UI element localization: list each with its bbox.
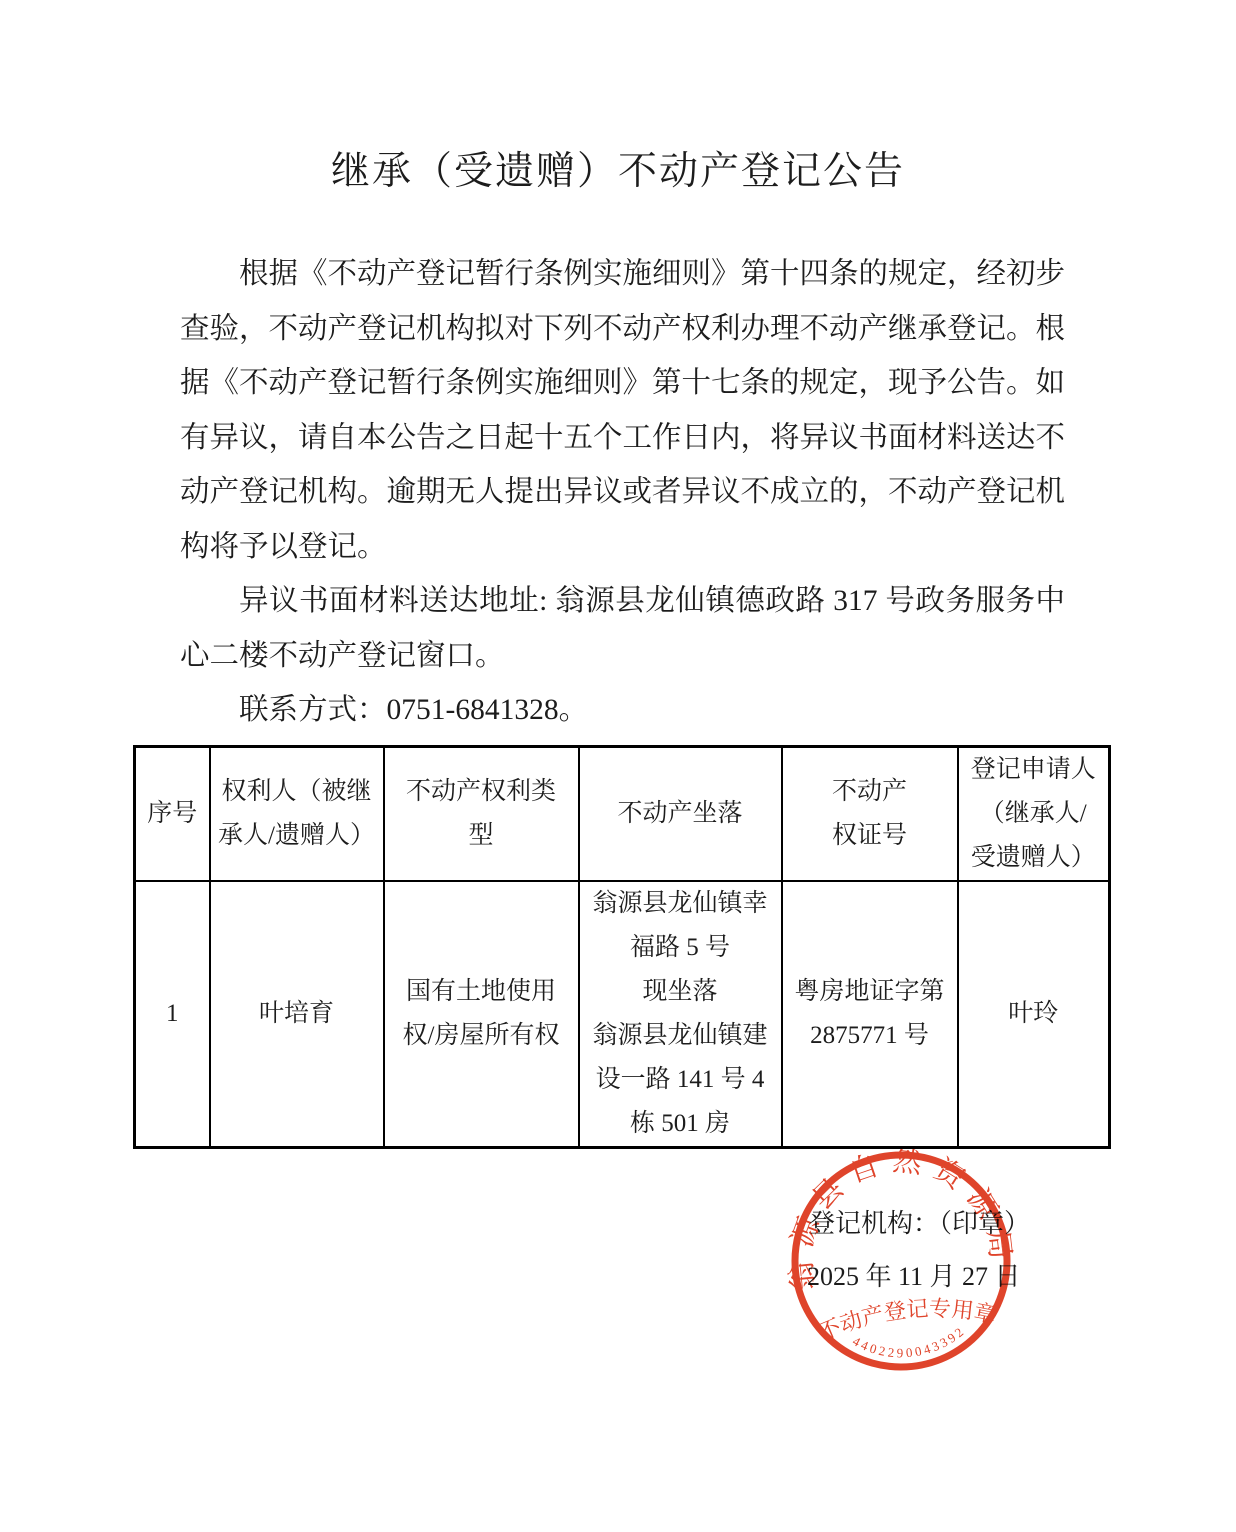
table-row: 1 叶培育 国有土地使用 权/房屋所有权 翁源县龙仙镇幸 福路 5 号 现坐落 … xyxy=(135,881,1110,1148)
col-header-right-type: 不动产权利类 型 xyxy=(384,747,579,882)
col-header-seq: 序号 xyxy=(135,747,210,882)
cell-holder: 叶培育 xyxy=(210,881,384,1148)
cell-seq: 1 xyxy=(135,881,210,1148)
announcement-page: 继承（受遗赠）不动产登记公告 根据《不动产登记暂行条例实施细则》第十四条的规定，… xyxy=(0,0,1236,1532)
cell-applicant: 叶玲 xyxy=(958,881,1110,1148)
seal-ring xyxy=(785,1145,1018,1378)
seal-arc-text: 翁源县自然资源局 xyxy=(773,1132,1017,1292)
col-header-location: 不动产坐落 xyxy=(579,747,782,882)
paragraph-contact: 联系方式：0751-6841328。 xyxy=(180,683,1065,738)
col-header-applicant: 登记申请人 （继承人/ 受遗赠人） xyxy=(958,747,1110,882)
cell-cert-no: 粤房地证字第 2875771 号 xyxy=(782,881,958,1148)
paragraph-legal-basis: 根据《不动产登记暂行条例实施细则》第十四条的规定，经初步查验，不动产登记机构拟对… xyxy=(180,247,1065,574)
paragraph-objection-address: 异议书面材料送达地址: 翁源县龙仙镇德政路 317 号政务服务中心二楼不动产登记… xyxy=(180,574,1065,683)
table-header-row: 序号 权利人（被继 承人/遗赠人） 不动产权利类 型 不动产坐落 不动产 权证号… xyxy=(135,747,1110,882)
cell-right-type: 国有土地使用 权/房屋所有权 xyxy=(384,881,579,1148)
col-header-cert-no: 不动产 权证号 xyxy=(782,747,958,882)
official-seal: 翁源县自然资源局 不动产登记专用章 4402290043392 xyxy=(747,1107,1055,1415)
body-text: 根据《不动产登记暂行条例实施细则》第十四条的规定，经初步查验，不动产登记机构拟对… xyxy=(180,247,1065,738)
cell-location: 翁源县龙仙镇幸 福路 5 号 现坐落 翁源县龙仙镇建 设一路 141 号 4 栋… xyxy=(579,881,782,1148)
page-title: 继承（受遗赠）不动产登记公告 xyxy=(0,140,1236,196)
registration-table: 序号 权利人（被继 承人/遗赠人） 不动产权利类 型 不动产坐落 不动产 权证号… xyxy=(133,745,1111,1149)
col-header-holder: 权利人（被继 承人/遗赠人） xyxy=(210,747,384,882)
